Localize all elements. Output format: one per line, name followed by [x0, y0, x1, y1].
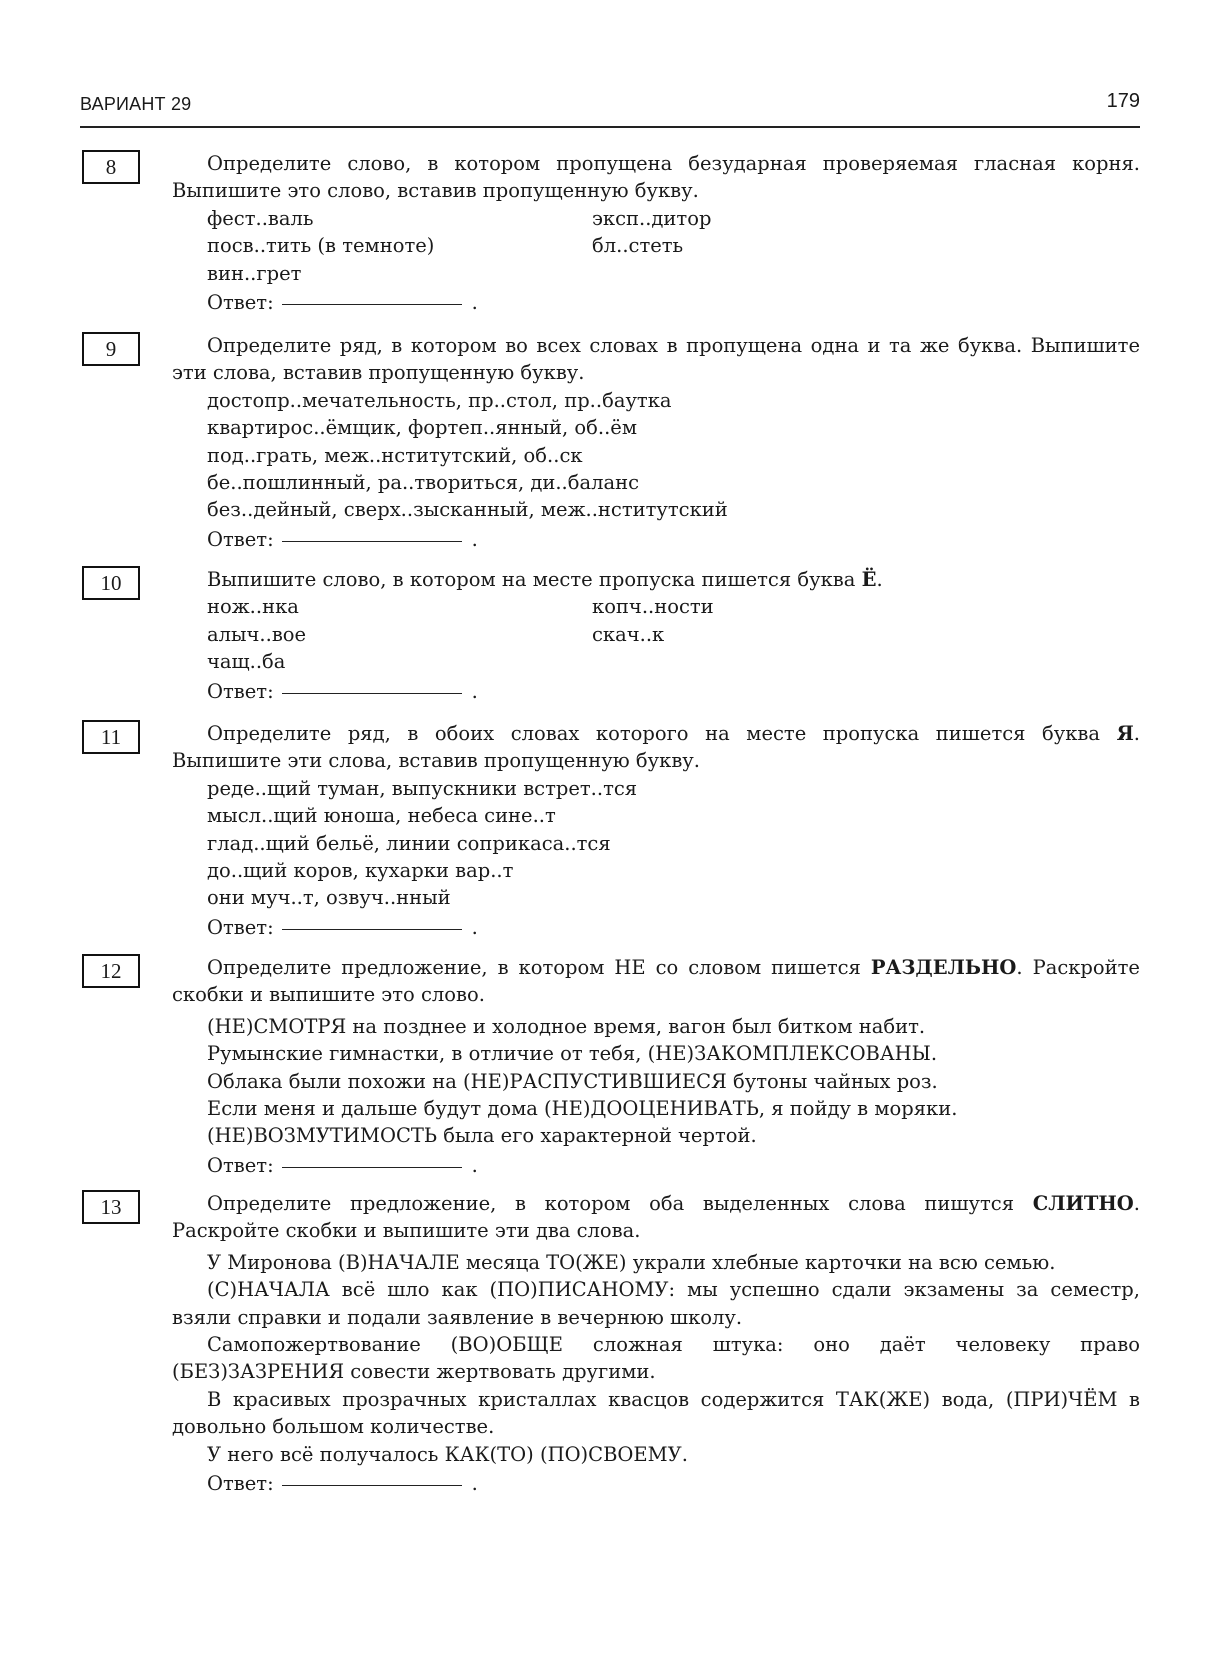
answer-blank[interactable] [282, 1166, 462, 1168]
answer-row: Ответ:. [207, 1152, 1140, 1179]
task-number-box: 13 [82, 1190, 140, 1224]
answer-blank[interactable] [282, 540, 462, 542]
answer-blank[interactable] [282, 303, 462, 305]
option: Румынские гимнастки, в отличие от тебя, … [207, 1040, 1140, 1067]
page-number: 179 [1107, 90, 1140, 113]
option: вин..грет [207, 260, 592, 287]
option: В красивых прозрачных кристаллах квасцов… [172, 1386, 1140, 1441]
option: до..щий коров, кухарки вар..т [207, 857, 1140, 884]
answer-blank[interactable] [282, 692, 462, 694]
option: посв..тить (в темноте) [207, 232, 592, 259]
option: достопр..мечательность, пр..стол, пр..ба… [207, 387, 1140, 414]
answer-blank[interactable] [282, 1484, 462, 1486]
option: Если меня и дальше будут дома (НЕ)ДООЦЕН… [207, 1095, 1140, 1122]
task-question: Определите предложение, в котором НЕ со … [172, 954, 1140, 1009]
option: У него всё получалось КАК(ТО) (ПО)СВОЕМУ… [172, 1441, 1140, 1468]
answer-row: Ответ:. [207, 1470, 1140, 1497]
option: бе..пошлинный, ра..твориться, ди..баланс [207, 469, 1140, 496]
task-13: 13 Определите предложение, в котором оба… [80, 1190, 1140, 1497]
task-number-box: 12 [82, 954, 140, 988]
task-10: 10 Выпишите слово, в котором на месте пр… [80, 566, 1140, 705]
task-question: Определите слово, в котором пропущена бе… [172, 150, 1140, 205]
variant-title: ВАРИАНТ 29 [80, 94, 191, 115]
option: реде..щий туман, выпускники встрет..тся [207, 775, 1140, 802]
task-9: 9 Определите ряд, в котором во всех слов… [80, 332, 1140, 553]
option: нож..нка [207, 593, 592, 620]
task-question: Определите предложение, в котором оба вы… [172, 1190, 1140, 1245]
task-number-box: 10 [82, 566, 140, 600]
word-options: достопр..мечательность, пр..стол, пр..ба… [207, 387, 1140, 524]
answer-row: Ответ:. [207, 526, 1140, 553]
task-12: 12 Определите предложение, в котором НЕ … [80, 954, 1140, 1179]
answer-label: Ответ: [207, 1154, 274, 1177]
option: Облака были похожи на (НЕ)РАСПУСТИВШИЕСЯ… [207, 1068, 1140, 1095]
answer-label: Ответ: [207, 916, 274, 939]
answer-row: Ответ:. [207, 914, 1140, 941]
option: У Миронова (В)НАЧАЛЕ месяца ТО(ЖЕ) украл… [172, 1249, 1140, 1276]
option: они муч..т, озвуч..нный [207, 884, 1140, 911]
answer-row: Ответ:. [207, 678, 1140, 705]
option: бл..стеть [592, 232, 1140, 259]
sentence-options: У Миронова (В)НАЧАЛЕ месяца ТО(ЖЕ) украл… [172, 1249, 1140, 1468]
option: (НЕ)ВОЗМУТИМОСТЬ была его характерной че… [207, 1122, 1140, 1149]
answer-label: Ответ: [207, 528, 274, 551]
answer-blank[interactable] [282, 928, 462, 930]
option: алыч..вое [207, 621, 592, 648]
answer-row: Ответ:. [207, 289, 1140, 316]
option: эксп..дитор [592, 205, 1140, 232]
option: без..дейный, сверх..зысканный, меж..нсти… [207, 496, 1140, 523]
task-11: 11 Определите ряд, в обоих словах которо… [80, 720, 1140, 941]
task-question: Определите ряд, в обоих словах которого … [172, 720, 1140, 775]
task-number-box: 11 [82, 720, 140, 754]
option: скач..к [592, 621, 1140, 648]
word-options: нож..нка копч..ности алыч..вое скач..к ч… [207, 593, 1140, 675]
answer-label: Ответ: [207, 680, 274, 703]
option: под..грать, меж..нститутский, об..ск [207, 442, 1140, 469]
sentence-options: (НЕ)СМОТРЯ на позднее и холодное время, … [207, 1013, 1140, 1150]
option: (НЕ)СМОТРЯ на позднее и холодное время, … [207, 1013, 1140, 1040]
word-options: фест..валь эксп..дитор посв..тить (в тем… [207, 205, 1140, 287]
task-8: 8 Определите слово, в котором пропущена … [80, 150, 1140, 316]
word-options: реде..щий туман, выпускники встрет..тся … [207, 775, 1140, 912]
option: Самопожертвование (ВО)ОБЩЕ сложная штука… [172, 1331, 1140, 1386]
option: чащ..ба [207, 648, 592, 675]
option: мысл..щий юноша, небеса сине..т [207, 802, 1140, 829]
task-number-box: 8 [82, 150, 140, 184]
task-number-box: 9 [82, 332, 140, 366]
answer-label: Ответ: [207, 291, 274, 314]
option: фест..валь [207, 205, 592, 232]
option: копч..ности [592, 593, 1140, 620]
page-header: ВАРИАНТ 29 179 [80, 88, 1140, 128]
task-question: Определите ряд, в котором во всех словах… [172, 332, 1140, 387]
option: глад..щий бельё, линии соприкаса..тся [207, 830, 1140, 857]
task-question: Выпишите слово, в котором на месте пропу… [172, 566, 1140, 593]
option: (С)НАЧАЛА всё шло как (ПО)ПИСАНОМУ: мы у… [172, 1276, 1140, 1331]
option: квартирос..ёмщик, фортеп..янный, об..ём [207, 414, 1140, 441]
answer-label: Ответ: [207, 1472, 274, 1495]
